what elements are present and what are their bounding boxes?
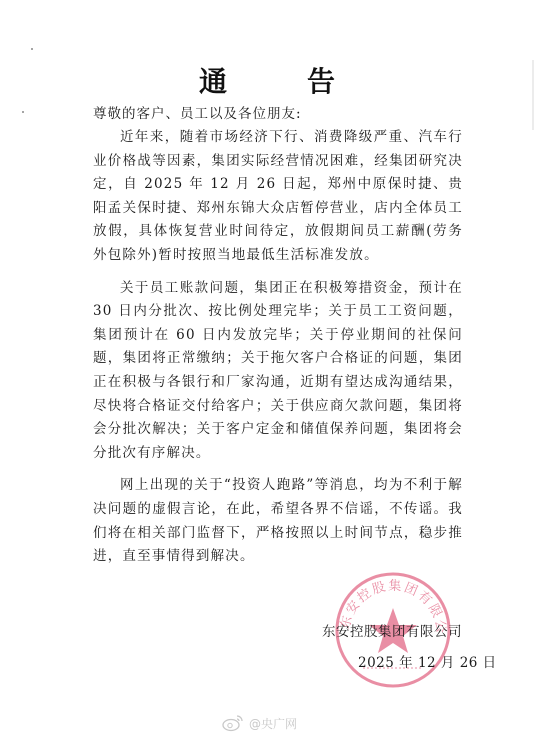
signature-company: 东安控股集团有限公司: [322, 620, 462, 640]
paragraph-payment-plans: 关于员工账款问题，集团正在积极筹措资金，预计在 30 日内分批次、按比例处理完毕…: [93, 277, 463, 466]
signature-date: 2025 年 12 月 26 日: [358, 651, 497, 671]
scan-speck: [31, 48, 33, 50]
document-title: 通 告: [0, 60, 536, 100]
weibo-logo-icon: [222, 714, 244, 732]
salutation: 尊敬的客户、员工以及各位朋友:: [93, 102, 302, 122]
source-watermark: @央广网: [222, 714, 297, 732]
paragraph-closure-notice: 近年来，随着市场经济下行、消费降级严重、汽车行业价格战等因素，集团实际经营情况困…: [93, 126, 463, 268]
paragraph-rumor-denial: 网上出现的关于“投资人跑路”等消息，均为不利于解决问题的虚假言论，在此，希望各界…: [93, 474, 463, 568]
notice-document: 通 告 尊敬的客户、员工以及各位朋友: 近年来，随着市场经济下行、消费降级严重、…: [0, 0, 536, 741]
watermark-text: @央广网: [249, 715, 297, 732]
document-body: 近年来，随着市场经济下行、消费降级严重、汽车行业价格战等因素，集团实际经营情况困…: [93, 126, 463, 578]
scan-speck: [22, 111, 24, 113]
